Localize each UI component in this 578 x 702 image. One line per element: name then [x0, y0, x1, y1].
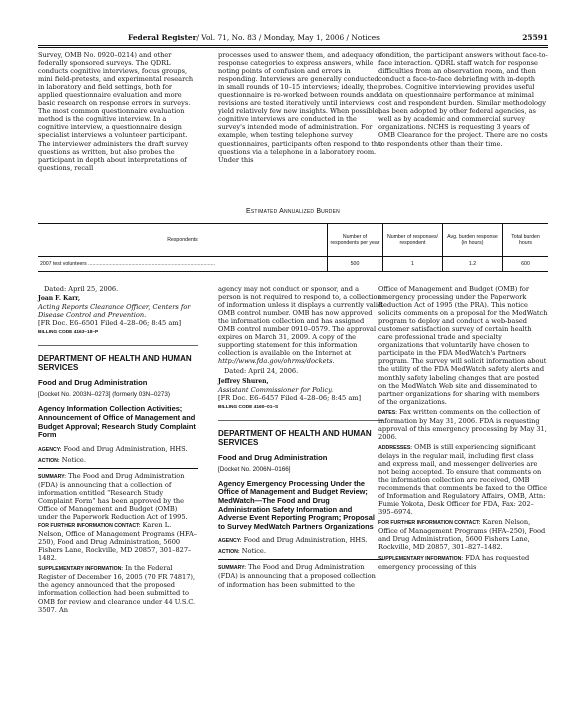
column-header: Respondents — [38, 224, 328, 257]
header-citation-text: / Vol. 71, No. 83 / Monday, May 1, 2006 … — [196, 33, 379, 42]
paragraph: condition, the participant answers witho… — [378, 51, 548, 148]
notice-title: Agency Emergency Processing Under the Of… — [218, 480, 383, 532]
table-cell: 600 — [503, 257, 549, 272]
agency-label: AGENCY: — [218, 538, 242, 544]
addresses-label: ADDRESSES: — [378, 445, 412, 451]
signer-name: Jeffrey Shuren, — [218, 378, 383, 386]
journal-name: Federal Register — [128, 33, 196, 42]
table-title: Estimated Annualized Burden — [38, 208, 548, 215]
top-column-2: processes used to answer them, and adequ… — [218, 51, 383, 164]
addresses-text: OMB is still experiencing significant de… — [378, 443, 547, 516]
column-header: Total burden hours — [503, 224, 549, 257]
table-header-row: Respondents Number of respondents per ye… — [38, 224, 548, 257]
action-text: Notice. — [242, 547, 266, 555]
agency-heading: Food and Drug Administration — [38, 378, 198, 387]
table-row: 2007 test volunteers ...................… — [38, 257, 548, 272]
signer-title: Assistant Commissioner for Policy. — [218, 386, 383, 394]
bottom-column-2: agency may not conduct or sponsor, and a… — [218, 285, 383, 589]
supplementary-label: SUPPLEMENTARY INFORMATION: — [378, 556, 463, 562]
dated-line: Dated: April 24, 2006. — [218, 367, 383, 375]
contact-label: FOR FURTHER INFORMATION CONTACT: — [378, 520, 480, 526]
page-number: 25591 — [522, 33, 548, 42]
top-column-3: condition, the participant answers witho… — [378, 51, 548, 148]
paragraph: Survey, OMB No. 0920–0214) and other fed… — [38, 51, 198, 172]
supplementary-paragraph: SUPPLEMENTARY INFORMATION: In the Federa… — [38, 564, 198, 613]
contact-paragraph: FOR FURTHER INFORMATION CONTACT: Karen L… — [38, 521, 198, 562]
header-rule — [38, 45, 548, 48]
supplementary-text: agency may not conduct or sponsor, and a… — [218, 285, 382, 357]
action-line: ACTION: Notice. — [218, 547, 383, 556]
action-text: Notice. — [62, 456, 86, 464]
running-header: Federal Register/ Vol. 71, No. 83 / Mond… — [38, 33, 548, 45]
billing-code: BILLING CODE 4160–01–S — [218, 404, 383, 412]
summary-label: SUMMARY: — [38, 474, 66, 480]
summary-paragraph: SUMMARY: The Food and Drug Administratio… — [38, 472, 198, 521]
billing-code: BILLING CODE 4163–18–P — [38, 329, 198, 337]
summary-continued: Office of Management and Budget (OMB) fo… — [378, 285, 548, 406]
fr-doc-line: [FR Doc. E6–6501 Filed 4–28–06; 8:45 am] — [38, 319, 198, 327]
table-cell: 500 — [328, 257, 383, 272]
rule — [38, 468, 198, 469]
table-cell: 1 — [383, 257, 443, 272]
column-header: Avg. burden response (in hours) — [443, 224, 503, 257]
bottom-column-1: Dated: April 25, 2006. Joan F. Karr, Act… — [38, 285, 198, 614]
table-cell: 1.2 — [443, 257, 503, 272]
rule — [218, 559, 383, 560]
agency-label: AGENCY: — [38, 447, 62, 453]
supplementary-paragraph: SUPPLEMENTARY INFORMATION: FDA has reque… — [378, 554, 548, 571]
column-header: Number of responses/ respondent — [383, 224, 443, 257]
column-header: Number of respondents per year — [328, 224, 383, 257]
burden-table: Respondents Number of respondents per ye… — [38, 223, 548, 272]
contact-paragraph: FOR FURTHER INFORMATION CONTACT: Karen N… — [378, 518, 548, 551]
notice-title: Agency Information Collection Activities… — [38, 405, 198, 439]
top-column-1: Survey, OMB No. 0920–0214) and other fed… — [38, 51, 198, 172]
agency-heading: Food and Drug Administration — [218, 453, 383, 462]
action-label: ACTION: — [38, 458, 60, 464]
dates-label: DATES: — [378, 410, 397, 416]
agency-text: Food and Drug Administration, HHS. — [244, 536, 368, 544]
agency-line: AGENCY: Food and Drug Administration, HH… — [218, 536, 383, 545]
signer-name: Joan F. Karr, — [38, 295, 198, 303]
dockets-link[interactable]: http://www.fda.gov/ohrms/dockets. — [218, 357, 335, 365]
docket-number: [Docket No. 2003N–0273] (formerly 03N–02… — [38, 391, 198, 399]
table-cell: 2007 test volunteers ...................… — [38, 257, 328, 272]
docket-number: [Docket No. 2006N–0166] — [218, 466, 383, 474]
agency-text: Food and Drug Administration, HHS. — [64, 445, 188, 453]
supplementary-label: SUPPLEMENTARY INFORMATION: — [38, 566, 123, 572]
supplementary-continued: agency may not conduct or sponsor, and a… — [218, 285, 383, 365]
contact-label: FOR FURTHER INFORMATION CONTACT: — [38, 523, 140, 529]
dates-paragraph: DATES: Fax written comments on the colle… — [378, 408, 548, 441]
summary-paragraph: SUMMARY: The Food and Drug Administratio… — [218, 563, 383, 588]
dates-text: Fax written comments on the collection o… — [378, 408, 547, 441]
department-heading: DEPARTMENT OF HEALTH AND HUMAN SERVICES — [218, 429, 383, 447]
header-citation: Federal Register/ Vol. 71, No. 83 / Mond… — [128, 33, 380, 42]
addresses-paragraph: ADDRESSES: OMB is still experiencing sig… — [378, 443, 548, 516]
section-separator — [38, 345, 198, 346]
department-heading: DEPARTMENT OF HEALTH AND HUMAN SERVICES — [38, 354, 198, 372]
agency-line: AGENCY: Food and Drug Administration, HH… — [38, 445, 198, 454]
summary-label: SUMMARY: — [218, 565, 246, 571]
dated-line: Dated: April 25, 2006. — [38, 285, 198, 293]
signer-title: Acting Reports Clearance Officer, Center… — [38, 303, 198, 319]
section-separator — [218, 420, 383, 421]
action-label: ACTION: — [218, 549, 240, 555]
paragraph: processes used to answer them, and adequ… — [218, 51, 383, 164]
bottom-column-3: Office of Management and Budget (OMB) fo… — [378, 285, 548, 571]
fr-doc-line: [FR Doc. E6–6457 Filed 4–28–06; 8:45 am] — [218, 394, 383, 402]
action-line: ACTION: Notice. — [38, 456, 198, 465]
